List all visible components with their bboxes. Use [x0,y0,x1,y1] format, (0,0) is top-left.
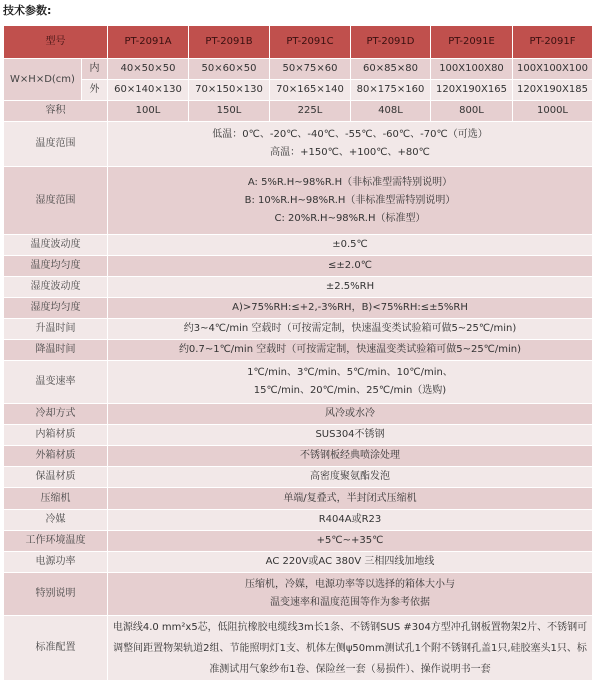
spec-row-special-notes: 特别说明 压缩机，冷媒，电源功率等以选择的箱体大小与 温变速率和温度范围等作为参… [4,573,593,616]
spec-value: 约3~4℃/min 空载时（可按需定制，快速温变类试验箱可做5~25℃/min) [108,319,593,340]
spec-value: 高密度聚氨酯发泡 [108,467,593,488]
spec-value: R404A或R23 [108,510,593,531]
spec-label: 标准配置 [4,616,108,681]
spec-value: 1℃/min、3℃/min、5℃/min、10℃/min、 15℃/min、20… [108,361,593,404]
spec-label: 升温时间 [4,319,108,340]
spec-line: 15℃/min、20℃/min、25℃/min（选购) [110,382,590,400]
spec-value: ±0.5℃ [108,235,593,256]
outer-dimension-row: 外 60×140×130 70×150×130 70×165×140 80×17… [4,80,593,101]
inner-dimension: 40×50×50 [108,59,189,80]
spec-label: 电源功率 [4,552,108,573]
spec-label: 保温材质 [4,467,108,488]
spec-value: 风冷或水冷 [108,404,593,425]
spec-row: 温度均匀度 ≤±2.0℃ [4,256,593,277]
spec-value: AC 220V或AC 380V 三相四线加地线 [108,552,593,573]
spec-row-humidity-range: 湿度范围 A: 5%R.H~98%R.H（非标准型需特别说明） B: 10%R.… [4,167,593,235]
spec-label: 内箱材质 [4,425,108,446]
outer-dimension: 70×165×140 [270,80,351,101]
spec-label: 湿度范围 [4,167,108,235]
inner-dimension: 50×75×60 [270,59,351,80]
spec-row: 压缩机 单端/复叠式，半封闭式压缩机 [4,488,593,510]
inner-dimension-row: W×H×D(cm) 内 40×50×50 50×60×50 50×75×60 6… [4,59,593,80]
spec-row: 升温时间 约3~4℃/min 空载时（可按需定制，快速温变类试验箱可做5~25℃… [4,319,593,340]
spec-row-standard-config: 标准配置 电源线4.0 mm²x5芯，低阻抗橡胶电缆线3m长1条、不锈钢SUS … [4,616,593,681]
spec-line: B: 10%R.H~98%R.H（非标准型需特别说明） [110,192,590,210]
inner-dimension: 100X100X80 [431,59,513,80]
spec-value: 电源线4.0 mm²x5芯，低阻抗橡胶电缆线3m长1条、不锈钢SUS #304方… [108,616,593,681]
spec-line: A: 5%R.H~98%R.H（非标准型需特别说明） [110,174,590,192]
spec-label: 特别说明 [4,573,108,616]
model-name: PT-2091E [431,26,513,59]
section-heading: 技术参数: [3,2,51,18]
spec-row-temperature-range: 温度范围 低温：0℃、-20℃、-40℃、-55℃、-60℃、-70℃（可选） … [4,122,593,167]
spec-line: 高温：+150℃、+100℃、+80℃ [110,144,590,162]
spec-value: A)>75%RH:≤+2,-3%RH，B)<75%RH:≤±5%RH [108,298,593,319]
spec-label: 冷媒 [4,510,108,531]
spec-value: ±2.5%RH [108,277,593,298]
spec-label: 工作环境温度 [4,531,108,552]
inner-label: 内 [82,59,108,80]
model-name: PT-2091C [270,26,351,59]
spec-row: 降温时间 约0.7~1℃/min 空载时（可按需定制，快速温变类试验箱可做5~2… [4,340,593,361]
spec-value: 压缩机，冷媒，电源功率等以选择的箱体大小与 温变速率和温度范围等作为参考依据 [108,573,593,616]
spec-row: 湿度波动度 ±2.5%RH [4,277,593,298]
outer-label: 外 [82,80,108,101]
spec-label: 降温时间 [4,340,108,361]
spec-label: 温度均匀度 [4,256,108,277]
volume-row: 容积 100L 150L 225L 408L 800L 1000L [4,101,593,122]
spec-row: 保温材质 高密度聚氨酯发泡 [4,467,593,488]
spec-value: ≤±2.0℃ [108,256,593,277]
spec-line: 温变速率和温度范围等作为参考依据 [110,594,590,612]
spec-label: 压缩机 [4,488,108,510]
inner-dimension: 50×60×50 [189,59,270,80]
spec-row: 工作环境温度 +5℃~+35℃ [4,531,593,552]
spec-value: 单端/复叠式，半封闭式压缩机 [108,488,593,510]
spec-row: 温度波动度 ±0.5℃ [4,235,593,256]
outer-dimension: 120X190X185 [513,80,593,101]
spec-value: 低温：0℃、-20℃、-40℃、-55℃、-60℃、-70℃（可选） 高温：+1… [108,122,593,167]
spec-line: 1℃/min、3℃/min、5℃/min、10℃/min、 [110,364,590,382]
spec-row: 冷媒 R404A或R23 [4,510,593,531]
spec-value: +5℃~+35℃ [108,531,593,552]
spec-label: 外箱材质 [4,446,108,467]
model-name: PT-2091D [351,26,431,59]
spec-row: 外箱材质 不锈钢板经典喷涂处理 [4,446,593,467]
volume-value: 150L [189,101,270,122]
spec-label: 湿度均匀度 [4,298,108,319]
outer-dimension: 70×150×130 [189,80,270,101]
dimension-label: W×H×D(cm) [4,59,82,101]
volume-label: 容积 [4,101,108,122]
spec-line: 低温：0℃、-20℃、-40℃、-55℃、-60℃、-70℃（可选） [110,126,590,144]
spec-row-temp-change-rate: 温变速率 1℃/min、3℃/min、5℃/min、10℃/min、 15℃/m… [4,361,593,404]
spec-line: 压缩机，冷媒，电源功率等以选择的箱体大小与 [110,576,590,594]
spec-label: 冷却方式 [4,404,108,425]
volume-value: 408L [351,101,431,122]
spec-value: 不锈钢板经典喷涂处理 [108,446,593,467]
spec-value: 约0.7~1℃/min 空载时（可按需定制，快速温变类试验箱可做5~25℃/mi… [108,340,593,361]
spec-label: 温度波动度 [4,235,108,256]
outer-dimension: 80×175×160 [351,80,431,101]
spec-table: 型号 PT-2091A PT-2091B PT-2091C PT-2091D P… [3,25,593,681]
spec-line: C: 20%R.H~98%R.H（标准型） [110,210,590,228]
header-row: 型号 PT-2091A PT-2091B PT-2091C PT-2091D P… [4,26,593,59]
model-name: PT-2091B [189,26,270,59]
spec-value: A: 5%R.H~98%R.H（非标准型需特别说明） B: 10%R.H~98%… [108,167,593,235]
inner-dimension: 100X100X100 [513,59,593,80]
outer-dimension: 60×140×130 [108,80,189,101]
spec-value: SUS304不锈钢 [108,425,593,446]
volume-value: 1000L [513,101,593,122]
volume-value: 100L [108,101,189,122]
model-name: PT-2091A [108,26,189,59]
inner-dimension: 60×85×80 [351,59,431,80]
spec-label: 温变速率 [4,361,108,404]
spec-row: 湿度均匀度 A)>75%RH:≤+2,-3%RH，B)<75%RH:≤±5%RH [4,298,593,319]
spec-row: 冷却方式 风冷或水冷 [4,404,593,425]
volume-value: 800L [431,101,513,122]
spec-label: 湿度波动度 [4,277,108,298]
model-name: PT-2091F [513,26,593,59]
spec-row: 电源功率 AC 220V或AC 380V 三相四线加地线 [4,552,593,573]
spec-row: 内箱材质 SUS304不锈钢 [4,425,593,446]
spec-label: 温度范围 [4,122,108,167]
model-header-label: 型号 [4,26,108,59]
volume-value: 225L [270,101,351,122]
outer-dimension: 120X190X165 [431,80,513,101]
